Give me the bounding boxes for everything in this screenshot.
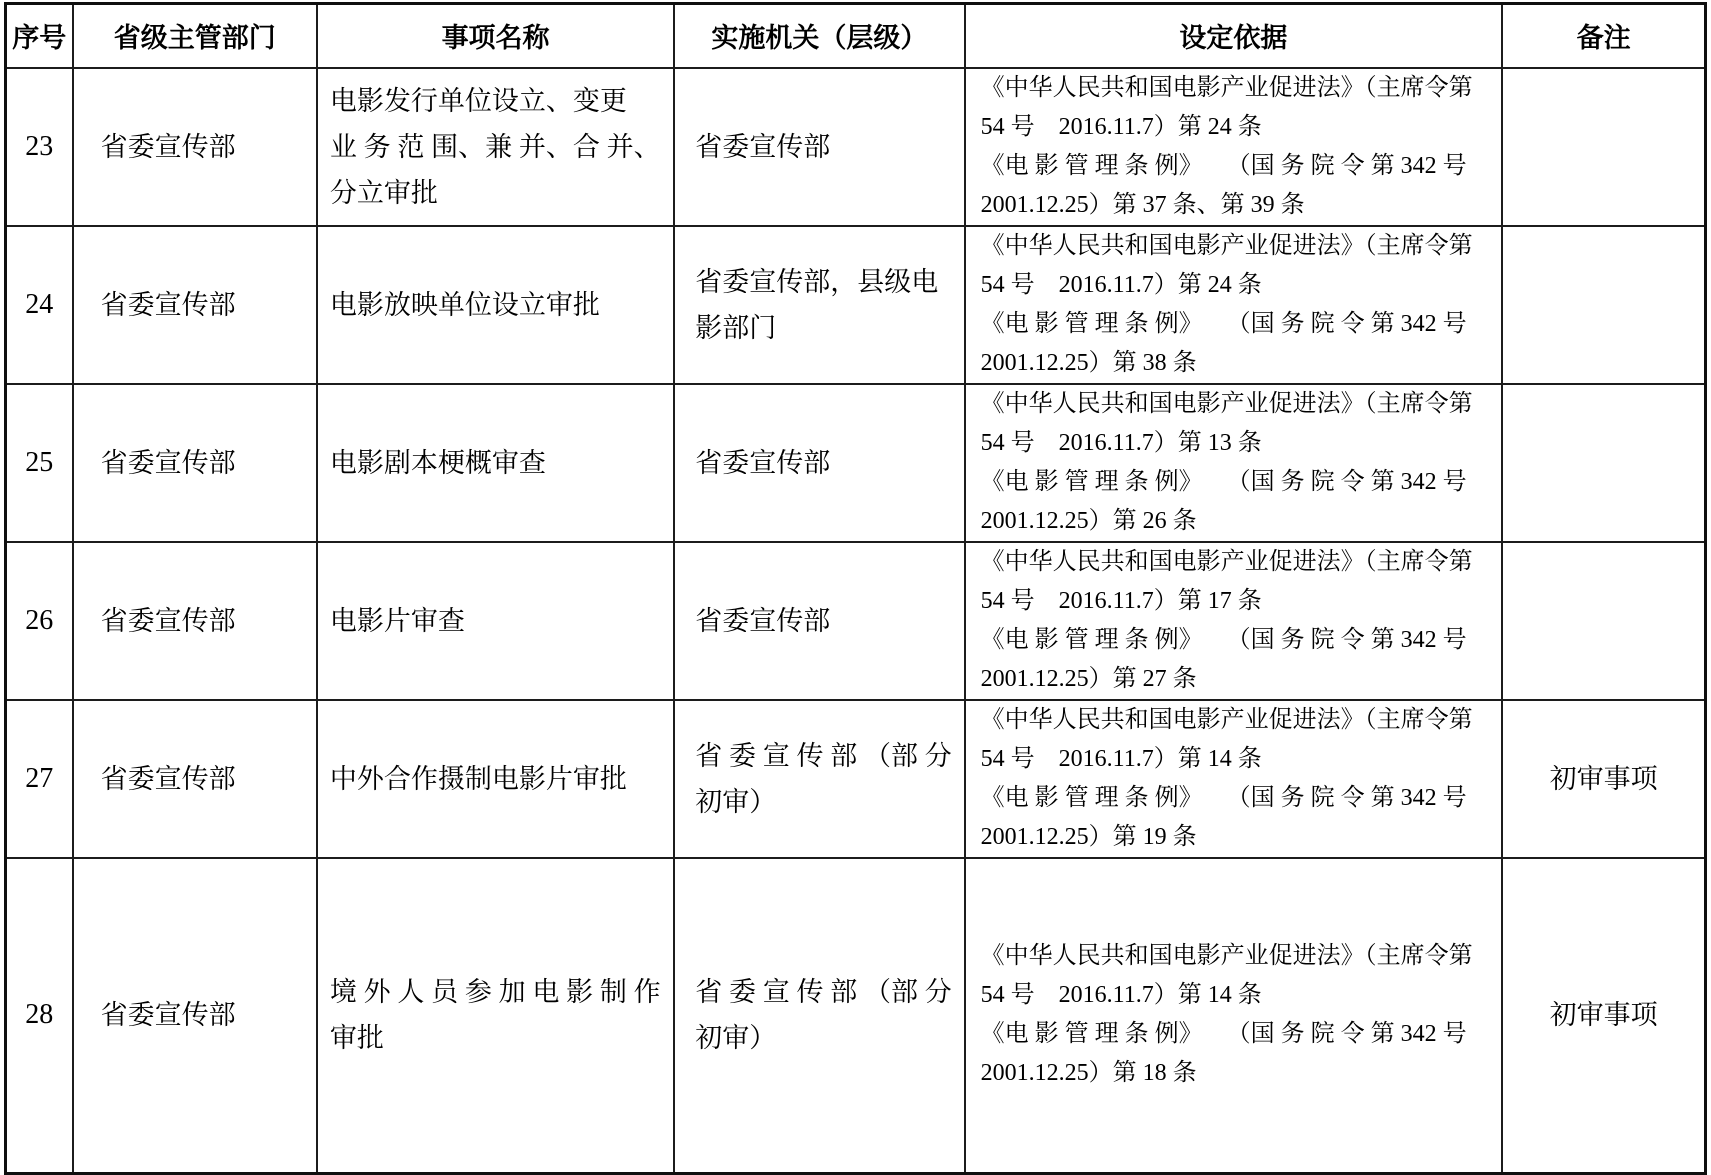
header-seq: 序号 bbox=[6, 4, 73, 68]
cell-agency: 省委宣传部，县级电 影部门 bbox=[674, 226, 964, 384]
cell-seq: 24 bbox=[6, 226, 73, 384]
table-row: 23 省委宣传部 电影发行单位设立、变更 业 务 范 围、兼 并、合 并、 分立… bbox=[6, 68, 1706, 226]
cell-remark bbox=[1502, 226, 1705, 384]
cell-dept: 省委宣传部 bbox=[73, 542, 317, 700]
cell-seq: 25 bbox=[6, 384, 73, 542]
header-agency: 实施机关（层级） bbox=[674, 4, 964, 68]
cell-dept: 省委宣传部 bbox=[73, 700, 317, 858]
cell-agency: 省 委 宣 传 部 （部 分 初审） bbox=[674, 700, 964, 858]
header-name: 事项名称 bbox=[317, 4, 674, 68]
header-dept: 省级主管部门 bbox=[73, 4, 317, 68]
cell-name: 电影剧本梗概审查 bbox=[317, 384, 674, 542]
table-row: 24 省委宣传部 电影放映单位设立审批 省委宣传部，县级电 影部门 《中华人民共… bbox=[6, 226, 1706, 384]
table-row: 27 省委宣传部 中外合作摄制电影片审批 省 委 宣 传 部 （部 分 初审） … bbox=[6, 700, 1706, 858]
cell-seq: 26 bbox=[6, 542, 73, 700]
cell-name: 电影发行单位设立、变更 业 务 范 围、兼 并、合 并、 分立审批 bbox=[317, 68, 674, 226]
cell-basis: 《中华人民共和国电影产业促进法》（主席令第 54 号 2016.11.7）第 1… bbox=[965, 384, 1503, 542]
cell-name: 境 外 人 员 参 加 电 影 制 作 审批 bbox=[317, 858, 674, 1174]
cell-dept: 省委宣传部 bbox=[73, 68, 317, 226]
cell-agency: 省 委 宣 传 部 （部 分 初审） bbox=[674, 858, 964, 1174]
cell-remark: 初审事项 bbox=[1502, 700, 1705, 858]
document-page: 序号 省级主管部门 事项名称 实施机关（层级） 设定依据 备注 23 省委宣传部… bbox=[0, 0, 1711, 1175]
table-row: 28 省委宣传部 境 外 人 员 参 加 电 影 制 作 审批 省 委 宣 传 … bbox=[6, 858, 1706, 1174]
cell-dept: 省委宣传部 bbox=[73, 384, 317, 542]
cell-remark bbox=[1502, 68, 1705, 226]
header-basis: 设定依据 bbox=[965, 4, 1503, 68]
cell-seq: 23 bbox=[6, 68, 73, 226]
cell-dept: 省委宣传部 bbox=[73, 858, 317, 1174]
cell-remark bbox=[1502, 542, 1705, 700]
cell-dept: 省委宣传部 bbox=[73, 226, 317, 384]
cell-seq: 27 bbox=[6, 700, 73, 858]
cell-agency: 省委宣传部 bbox=[674, 68, 964, 226]
cell-agency: 省委宣传部 bbox=[674, 384, 964, 542]
cell-remark bbox=[1502, 384, 1705, 542]
cell-basis: 《中华人民共和国电影产业促进法》（主席令第 54 号 2016.11.7）第 1… bbox=[965, 858, 1503, 1174]
cell-basis: 《中华人民共和国电影产业促进法》（主席令第 54 号 2016.11.7）第 1… bbox=[965, 700, 1503, 858]
table-header-row: 序号 省级主管部门 事项名称 实施机关（层级） 设定依据 备注 bbox=[6, 4, 1706, 68]
table-row: 26 省委宣传部 电影片审查 省委宣传部 《中华人民共和国电影产业促进法》（主席… bbox=[6, 542, 1706, 700]
cell-agency: 省委宣传部 bbox=[674, 542, 964, 700]
approval-items-table: 序号 省级主管部门 事项名称 实施机关（层级） 设定依据 备注 23 省委宣传部… bbox=[4, 2, 1707, 1175]
cell-basis: 《中华人民共和国电影产业促进法》（主席令第 54 号 2016.11.7）第 2… bbox=[965, 226, 1503, 384]
cell-basis: 《中华人民共和国电影产业促进法》（主席令第 54 号 2016.11.7）第 1… bbox=[965, 542, 1503, 700]
cell-seq: 28 bbox=[6, 858, 73, 1174]
cell-name: 电影片审查 bbox=[317, 542, 674, 700]
cell-remark: 初审事项 bbox=[1502, 858, 1705, 1174]
cell-name: 电影放映单位设立审批 bbox=[317, 226, 674, 384]
cell-basis: 《中华人民共和国电影产业促进法》（主席令第 54 号 2016.11.7）第 2… bbox=[965, 68, 1503, 226]
cell-name: 中外合作摄制电影片审批 bbox=[317, 700, 674, 858]
table-row: 25 省委宣传部 电影剧本梗概审查 省委宣传部 《中华人民共和国电影产业促进法》… bbox=[6, 384, 1706, 542]
header-remark: 备注 bbox=[1502, 4, 1705, 68]
